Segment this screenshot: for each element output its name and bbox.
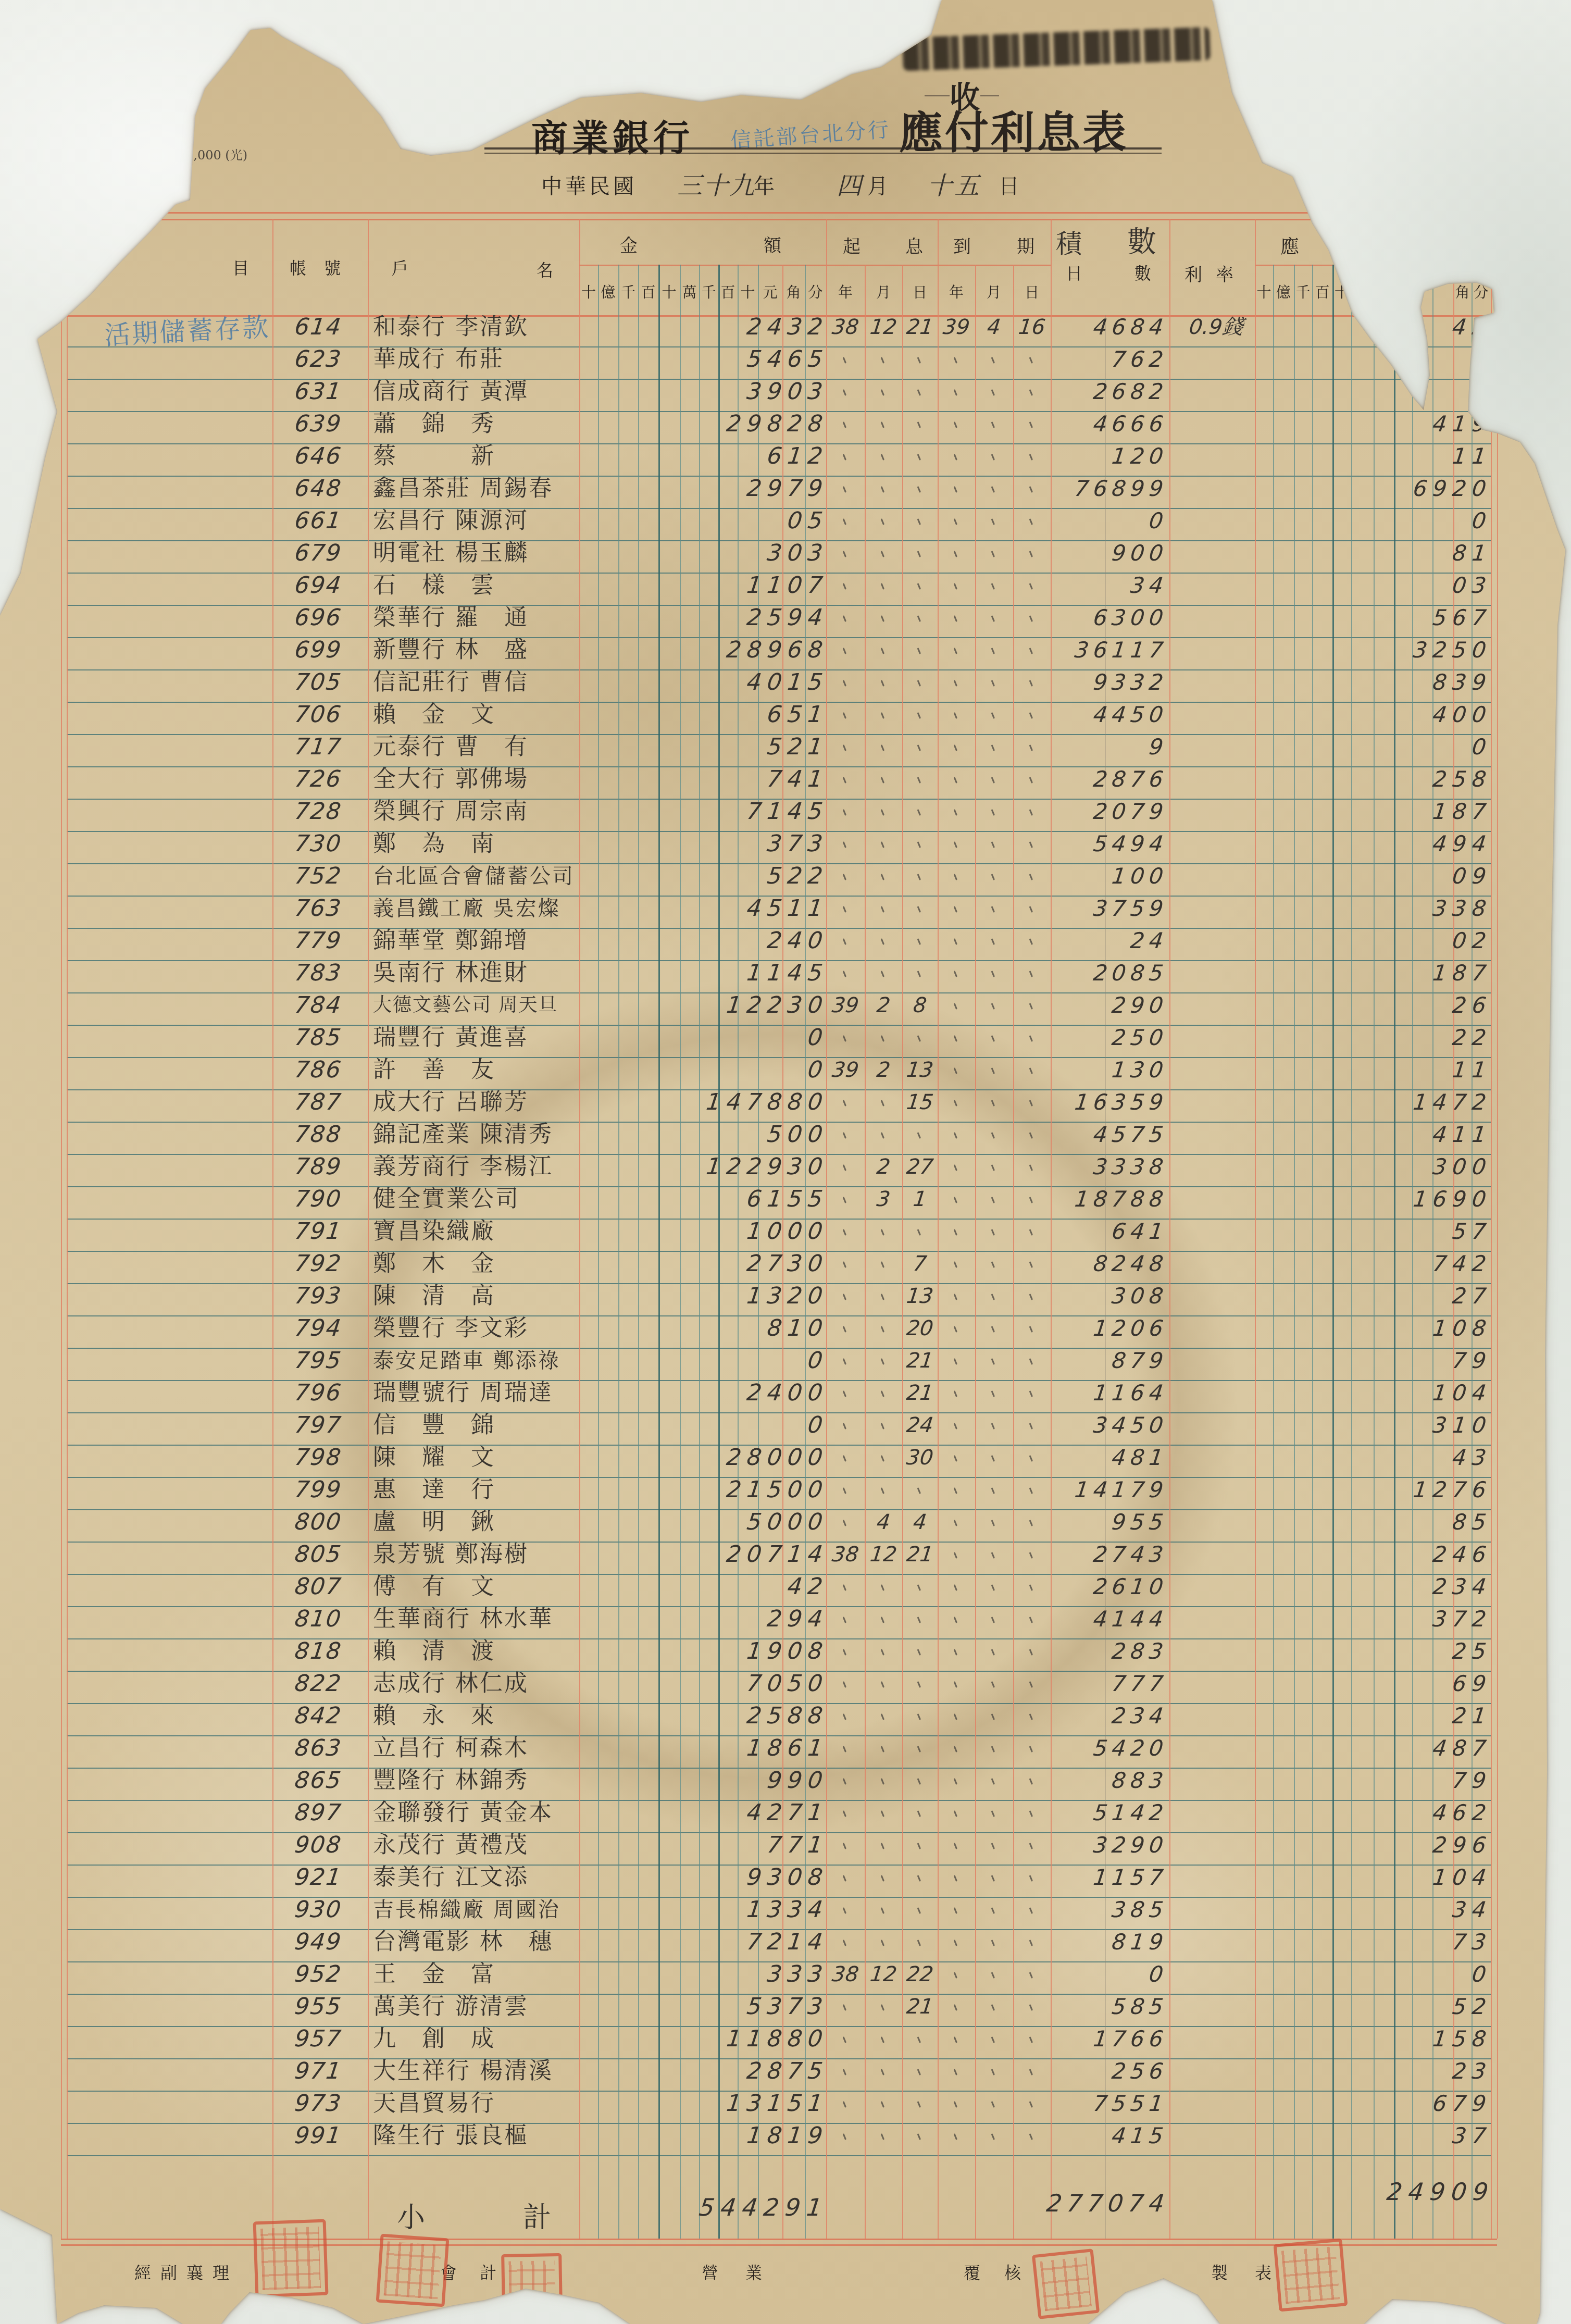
start-date-part: 〃 xyxy=(900,2120,940,2152)
start-date-part: 8 xyxy=(900,989,940,1022)
due-date-part: 〃 xyxy=(1012,1538,1052,1571)
due-date-part: 〃 xyxy=(1012,1280,1052,1312)
red-rule xyxy=(61,219,1497,220)
start-date-part: 〃 xyxy=(825,1474,866,1506)
interest-product: 1157 xyxy=(1049,1861,1170,1894)
account-number: 810 xyxy=(293,1603,370,1635)
account-holder-name: 瑞豐號行 周瑞達 xyxy=(373,1377,579,1409)
due-date-part: 〃 xyxy=(974,1345,1014,1377)
amount: 612 xyxy=(577,440,830,473)
date-day-label: 日 xyxy=(999,170,1019,200)
start-date-part: 〃 xyxy=(900,1668,940,1700)
start-date-part: 〃 xyxy=(900,1474,940,1506)
start-date-part: 12 xyxy=(863,1958,904,1991)
start-date-part: 〃 xyxy=(825,1441,866,1474)
amount-digit-label: 千 xyxy=(621,281,635,302)
amount: 2400 xyxy=(577,1377,830,1409)
amount: 0 xyxy=(577,1022,830,1054)
due-date-part: 〃 xyxy=(974,828,1014,860)
start-date-part: 4 xyxy=(863,1506,904,1538)
start-date-part: 〃 xyxy=(825,925,866,957)
start-date-part: 〃 xyxy=(825,537,866,569)
amount: 771 xyxy=(577,1829,830,1861)
interest-payable: 11 xyxy=(1253,440,1494,473)
interest-product: 879 xyxy=(1049,1345,1170,1377)
interest-product: 0 xyxy=(1049,505,1170,537)
interest-payable: 21 xyxy=(1253,1700,1494,1732)
start-date-part: 7 xyxy=(900,1248,940,1280)
due-date-part: 〃 xyxy=(936,1054,977,1086)
start-date-part: 〃 xyxy=(900,1635,940,1668)
account-number: 787 xyxy=(293,1086,370,1118)
due-date-part: 〃 xyxy=(1012,892,1052,925)
due-date-part: 〃 xyxy=(974,343,1014,376)
account-number: 952 xyxy=(293,1958,370,1991)
start-date-part: 〃 xyxy=(900,828,940,860)
seal-stamp-accounting-2 xyxy=(501,2253,563,2306)
due-date-part: 〃 xyxy=(1012,1926,1052,1958)
interest-product: 256 xyxy=(1049,2055,1170,2087)
start-date-part: 〃 xyxy=(863,473,904,505)
amount: 990 xyxy=(577,1764,830,1797)
start-date-part: 〃 xyxy=(863,731,904,763)
header-start-right: 息 xyxy=(905,232,923,258)
due-date-part: 〃 xyxy=(1012,505,1052,537)
start-date-part: 〃 xyxy=(863,537,904,569)
start-date-part: 〃 xyxy=(825,1571,866,1603)
interest-product: 3759 xyxy=(1049,892,1170,925)
due-date-part: 〃 xyxy=(974,376,1014,408)
due-date-part: 〃 xyxy=(974,1215,1014,1248)
start-date-part: 3 xyxy=(863,1183,904,1215)
amount: 1107 xyxy=(577,569,830,602)
due-date-part: 〃 xyxy=(974,408,1014,440)
start-date-part: 〃 xyxy=(863,2055,904,2087)
interest-payable: 42 xyxy=(1253,311,1494,343)
account-category-stamp: 活期儲蓄存款 xyxy=(103,306,270,353)
header-sub-rule xyxy=(579,265,1051,266)
due-date-part: 〃 xyxy=(936,440,977,473)
interest-payable: 310 xyxy=(1253,1409,1494,1441)
start-date-part: 〃 xyxy=(863,2087,904,2120)
account-holder-name: 豐隆行 林錦秀 xyxy=(373,1764,579,1797)
due-date-part: 〃 xyxy=(974,1700,1014,1732)
due-date-part: 〃 xyxy=(1012,440,1052,473)
due-date-part: 〃 xyxy=(936,473,977,505)
due-date-part: 〃 xyxy=(936,763,977,796)
start-date-part: 〃 xyxy=(863,1441,904,1474)
interest-payable: 6920 xyxy=(1253,473,1494,505)
start-date-part: 〃 xyxy=(900,666,940,699)
interest-product: 819 xyxy=(1049,1926,1170,1958)
account-holder-name: 賴 清 渡 xyxy=(373,1635,579,1668)
interest-product: 1766 xyxy=(1049,2023,1170,2055)
interest-product: 5142 xyxy=(1049,1797,1170,1829)
account-number: 788 xyxy=(293,1118,370,1151)
amount: 29828 xyxy=(577,408,830,440)
interest-product: 883 xyxy=(1049,1764,1170,1797)
due-date-part: 〃 xyxy=(936,1312,977,1345)
due-date-part: 〃 xyxy=(936,1151,977,1183)
interest-digit-label: 千 xyxy=(1296,281,1311,302)
interest-product: 8248 xyxy=(1049,1248,1170,1280)
amount: 7050 xyxy=(577,1668,830,1700)
start-date-part: 〃 xyxy=(900,2023,940,2055)
interest-payable: 372 xyxy=(1253,1603,1494,1635)
due-date-part: 〃 xyxy=(1012,1571,1052,1603)
interest-product: 415 xyxy=(1049,2120,1170,2152)
amount: 7214 xyxy=(577,1926,830,1958)
due-date-part: 〃 xyxy=(936,1926,977,1958)
due-date-part: 〃 xyxy=(974,537,1014,569)
start-date-part: 〃 xyxy=(863,796,904,828)
due-date-part: 〃 xyxy=(974,1022,1014,1054)
due-date-part: 〃 xyxy=(936,731,977,763)
column-rule xyxy=(272,219,273,2239)
title-prefix: 應 xyxy=(899,107,945,158)
account-holder-name: 鄭 為 南 xyxy=(373,828,579,860)
start-date-part: 〃 xyxy=(825,1280,866,1312)
account-holder-name: 金聯發行 黃金本 xyxy=(373,1797,579,1829)
interest-payable: 567 xyxy=(1253,602,1494,634)
account-number: 818 xyxy=(293,1635,370,1668)
due-date-part: 〃 xyxy=(1012,925,1052,957)
account-holder-name: 信記莊行 曹信 xyxy=(373,666,579,699)
start-date-part: 39 xyxy=(825,1054,866,1086)
due-date-part: 〃 xyxy=(936,1215,977,1248)
account-number: 646 xyxy=(293,440,370,473)
account-holder-name: 健全實業公司 xyxy=(373,1183,579,1215)
amount: 4511 xyxy=(577,892,830,925)
account-holder-name: 義昌鐵工廠 吳宏燦 xyxy=(373,892,579,925)
interest-product: 1206 xyxy=(1049,1312,1170,1345)
account-holder-name: 生華商行 林水華 xyxy=(373,1603,579,1635)
due-date-part: 〃 xyxy=(1012,666,1052,699)
due-date-part: 〃 xyxy=(936,537,977,569)
start-date-part: 〃 xyxy=(863,376,904,408)
interest-product: 308 xyxy=(1049,1280,1170,1312)
amount: 741 xyxy=(577,763,830,796)
interest-product: 385 xyxy=(1049,1894,1170,1926)
account-holder-name: 陳 清 高 xyxy=(373,1280,579,1312)
interest-payable: 27 xyxy=(1253,1280,1494,1312)
start-date-part: 〃 xyxy=(900,1894,940,1926)
header-due-left: 到 xyxy=(953,232,971,258)
amount: 810 xyxy=(577,1312,830,1345)
amount-digit-label: 十 xyxy=(741,281,755,302)
amount: 294 xyxy=(577,1603,830,1635)
due-date-part: 〃 xyxy=(1012,1441,1052,1474)
due-date-part: 〃 xyxy=(1012,1054,1052,1086)
start-date-part: 〃 xyxy=(863,1409,904,1441)
due-date-part: 〃 xyxy=(1012,569,1052,602)
interest-product: 24 xyxy=(1049,925,1170,957)
header-start-left: 起 xyxy=(843,232,861,258)
amount: 303 xyxy=(577,537,830,569)
due-date-part: 〃 xyxy=(974,505,1014,537)
due-date-part: 〃 xyxy=(974,1603,1014,1635)
due-date-part: 〃 xyxy=(974,1377,1014,1409)
interest-product: 3290 xyxy=(1049,1829,1170,1861)
due-date-part: 〃 xyxy=(974,1926,1014,1958)
due-date-part: 〃 xyxy=(1012,763,1052,796)
interest-product: 130 xyxy=(1049,1054,1170,1086)
column-rule xyxy=(67,212,68,2239)
interest-product: 36117 xyxy=(1049,634,1170,666)
amount: 1861 xyxy=(577,1732,830,1764)
amount: 147880 xyxy=(577,1086,830,1118)
amount: 521 xyxy=(577,731,830,763)
interest-product: 9332 xyxy=(1049,666,1170,699)
account-holder-name: 許 善 友 xyxy=(373,1054,579,1086)
interest-payable: 52 xyxy=(1253,1991,1494,2023)
due-date-part: 〃 xyxy=(1012,376,1052,408)
interest-payable: 679 xyxy=(1253,2087,1494,2120)
account-holder-name: 石 樣 雲 xyxy=(373,569,579,602)
subtotal-label-left: 小 xyxy=(397,2195,425,2235)
due-date-part: 〃 xyxy=(974,1409,1014,1441)
due-date-part: 〃 xyxy=(936,1894,977,1926)
due-date-part: 〃 xyxy=(1012,796,1052,828)
column-rule xyxy=(1169,219,1170,2239)
account-number: 661 xyxy=(293,505,370,537)
due-date-part: 〃 xyxy=(936,860,977,892)
account-holder-name: 瑞豐行 黃進喜 xyxy=(373,1022,579,1054)
interest-product: 641 xyxy=(1049,1215,1170,1248)
start-date-part: 〃 xyxy=(825,1894,866,1926)
start-date-part: 〃 xyxy=(863,1829,904,1861)
amount: 0 xyxy=(577,1409,830,1441)
header-interest: 應 xyxy=(1280,232,1299,259)
due-date-part: 〃 xyxy=(1012,1086,1052,1118)
header-rate-left: 利 xyxy=(1185,260,1202,286)
start-date-part: 〃 xyxy=(863,1926,904,1958)
due-date-part: 〃 xyxy=(936,1538,977,1571)
start-date-part-label: 日 xyxy=(913,281,927,302)
account-number: 798 xyxy=(293,1441,370,1474)
due-date-part: 〃 xyxy=(936,343,977,376)
interest-digit-label: 百 xyxy=(1315,281,1330,302)
due-date-part: 〃 xyxy=(936,1345,977,1377)
account-number: 908 xyxy=(293,1829,370,1861)
due-date-part: 〃 xyxy=(1012,634,1052,666)
account-number: 949 xyxy=(293,1926,370,1958)
due-date-part: 〃 xyxy=(974,1441,1014,1474)
amount: 1000 xyxy=(577,1215,830,1248)
interest-payable: 25 xyxy=(1253,1635,1494,1668)
account-number: 930 xyxy=(293,1894,370,1926)
date-era: 中華民國 xyxy=(541,170,637,200)
account-holder-name: 大生祥行 楊清溪 xyxy=(373,2055,579,2087)
due-date-part: 39 xyxy=(936,311,977,343)
account-number: 807 xyxy=(293,1571,370,1603)
start-date-part: 〃 xyxy=(900,763,940,796)
interest-payable: 0 xyxy=(1253,1958,1494,1991)
due-date-part: 〃 xyxy=(936,1603,977,1635)
amount: 05 xyxy=(577,505,830,537)
account-holder-name: 錦華堂 鄭錦增 xyxy=(373,925,579,957)
interest-payable: 37 xyxy=(1253,2120,1494,2152)
start-date-part: 〃 xyxy=(863,892,904,925)
account-holder-name: 榮豐行 李文彩 xyxy=(373,1312,579,1345)
amount: 2979 xyxy=(577,473,830,505)
start-date-part: 〃 xyxy=(863,1215,904,1248)
start-date-part: 〃 xyxy=(900,537,940,569)
due-date-part: 〃 xyxy=(974,1732,1014,1764)
start-date-part: 〃 xyxy=(825,1603,866,1635)
header-sub-rule xyxy=(1255,265,1491,266)
start-date-part: 12 xyxy=(863,311,904,343)
account-holder-name: 賴 金 文 xyxy=(373,699,579,731)
due-date-part: 〃 xyxy=(1012,860,1052,892)
interest-product: 481 xyxy=(1049,1441,1170,1474)
due-date-part: 〃 xyxy=(936,1732,977,1764)
start-date-part: 〃 xyxy=(863,1797,904,1829)
account-number: 863 xyxy=(293,1732,370,1764)
start-date-part: 〃 xyxy=(825,1732,866,1764)
start-date-part: 38 xyxy=(825,1958,866,1991)
due-date-part: 〃 xyxy=(1012,731,1052,763)
start-date-part: 〃 xyxy=(825,505,866,537)
account-number: 792 xyxy=(293,1248,370,1280)
due-date-part: 〃 xyxy=(1012,1409,1052,1441)
interest-payable: 400 xyxy=(1253,699,1494,731)
header-subject: 目 xyxy=(232,255,249,279)
due-date-part: 〃 xyxy=(936,666,977,699)
interest-payable: 108 xyxy=(1253,1312,1494,1345)
due-date-part-label: 月 xyxy=(987,281,1001,302)
account-holder-name: 吉長棉織廠 周國治 xyxy=(373,1894,579,1926)
title-dash-left xyxy=(925,95,950,96)
account-number: 730 xyxy=(293,828,370,860)
interest-payable: 462 xyxy=(1253,1797,1494,1829)
start-date-part: 12 xyxy=(863,1538,904,1571)
start-date-part: 〃 xyxy=(825,1215,866,1248)
interest-payable xyxy=(1253,343,1494,376)
start-date-part: 22 xyxy=(900,1958,940,1991)
date-month-label: 月 xyxy=(867,170,888,200)
interest-product: 0 xyxy=(1049,1958,1170,1991)
start-date-part: 〃 xyxy=(825,1377,866,1409)
start-date-part: 21 xyxy=(900,311,940,343)
amount-digit-label: 千 xyxy=(702,281,716,302)
due-date-part: 〃 xyxy=(974,2087,1014,2120)
due-date-part: 〃 xyxy=(1012,1603,1052,1635)
start-date-part: 〃 xyxy=(825,343,866,376)
start-date-part: 〃 xyxy=(825,666,866,699)
account-number: 791 xyxy=(293,1215,370,1248)
interest-payable: 09 xyxy=(1253,860,1494,892)
due-date-part: 〃 xyxy=(974,1538,1014,1571)
start-date-part: 〃 xyxy=(900,957,940,989)
interest-payable: 2 xyxy=(1253,376,1494,408)
interest-payable: 300 xyxy=(1253,1151,1494,1183)
seal-stamp-review xyxy=(1032,2248,1100,2319)
account-number: 842 xyxy=(293,1700,370,1732)
due-date-part: 〃 xyxy=(974,1764,1014,1797)
due-date-part: 〃 xyxy=(974,569,1014,602)
bank-name: 商業銀行 xyxy=(531,109,694,162)
start-date-part: 2 xyxy=(863,1054,904,1086)
account-holder-name: 天昌貿易行 xyxy=(373,2087,579,2120)
due-date-part: 〃 xyxy=(1012,1151,1052,1183)
row-rule xyxy=(67,2155,1491,2156)
due-date-part: 〃 xyxy=(1012,537,1052,569)
interest-payable: 104 xyxy=(1253,1377,1494,1409)
subtotal-product: 277074 xyxy=(1040,2187,1171,2219)
due-date-part: 〃 xyxy=(936,699,977,731)
interest-product: 2079 xyxy=(1049,796,1170,828)
start-date-part: 〃 xyxy=(900,2055,940,2087)
start-date-part: 〃 xyxy=(825,634,866,666)
interest-payable: 43 xyxy=(1253,1441,1494,1474)
amount: 21500 xyxy=(577,1474,830,1506)
account-holder-name: 泰美行 江文添 xyxy=(373,1861,579,1894)
due-date-part: 〃 xyxy=(1012,1377,1052,1409)
interest-product: 777 xyxy=(1049,1668,1170,1700)
start-date-part: 〃 xyxy=(825,602,866,634)
account-number: 799 xyxy=(293,1474,370,1506)
start-date-part: 〃 xyxy=(825,1506,866,1538)
start-date-part: 〃 xyxy=(825,860,866,892)
interest-product: 234 xyxy=(1049,1700,1170,1732)
account-number: 779 xyxy=(293,925,370,957)
start-date-part: 〃 xyxy=(825,569,866,602)
account-number: 706 xyxy=(293,699,370,731)
header-amount-left: 金 xyxy=(620,231,638,257)
start-date-part: 30 xyxy=(900,1441,940,1474)
due-date-part: 〃 xyxy=(1012,1797,1052,1829)
account-number: 785 xyxy=(293,1022,370,1054)
subtotal-amount: 544291 xyxy=(577,2191,830,2223)
account-number: 973 xyxy=(293,2087,370,2120)
interest-product: 2876 xyxy=(1049,763,1170,796)
due-date-part: 〃 xyxy=(936,1635,977,1668)
due-date-part: 〃 xyxy=(1012,408,1052,440)
interest-digit-label: 億 xyxy=(1276,281,1291,302)
due-date-part: 〃 xyxy=(974,602,1014,634)
amount: 4015 xyxy=(577,666,830,699)
due-date-part: 〃 xyxy=(1012,989,1052,1022)
due-date-part: 〃 xyxy=(936,957,977,989)
interest-product: 290 xyxy=(1049,989,1170,1022)
due-date-part: 〃 xyxy=(974,1312,1014,1345)
interest-payable: 494 xyxy=(1253,828,1494,860)
due-date-part: 〃 xyxy=(936,1377,977,1409)
account-holder-name: 王 金 富 xyxy=(373,1958,579,1991)
due-date-part: 〃 xyxy=(974,1118,1014,1151)
interest-product: 5494 xyxy=(1049,828,1170,860)
account-holder-name: 義芳商行 李楊江 xyxy=(373,1151,579,1183)
amount-digit-label: 萬 xyxy=(682,281,697,302)
account-holder-name: 鑫昌茶莊 周錫春 xyxy=(373,473,579,505)
start-date-part: 〃 xyxy=(825,2055,866,2087)
due-date-part: 〃 xyxy=(936,569,977,602)
due-date-part: 〃 xyxy=(936,1571,977,1603)
due-date-part: 〃 xyxy=(974,763,1014,796)
start-date-part: 〃 xyxy=(900,343,940,376)
interest-payable: 73 xyxy=(1253,1926,1494,1958)
due-date-part-label: 年 xyxy=(949,281,964,302)
start-date-part: 〃 xyxy=(825,1312,866,1345)
start-date-part: 38 xyxy=(825,311,866,343)
start-date-part: 〃 xyxy=(900,796,940,828)
due-date-part-label: 日 xyxy=(1025,281,1039,302)
seal-stamp-manager xyxy=(253,2219,328,2298)
due-date-part: 〃 xyxy=(936,1991,977,2023)
due-date-part: 〃 xyxy=(936,989,977,1022)
interest-payable: 79 xyxy=(1253,1345,1494,1377)
